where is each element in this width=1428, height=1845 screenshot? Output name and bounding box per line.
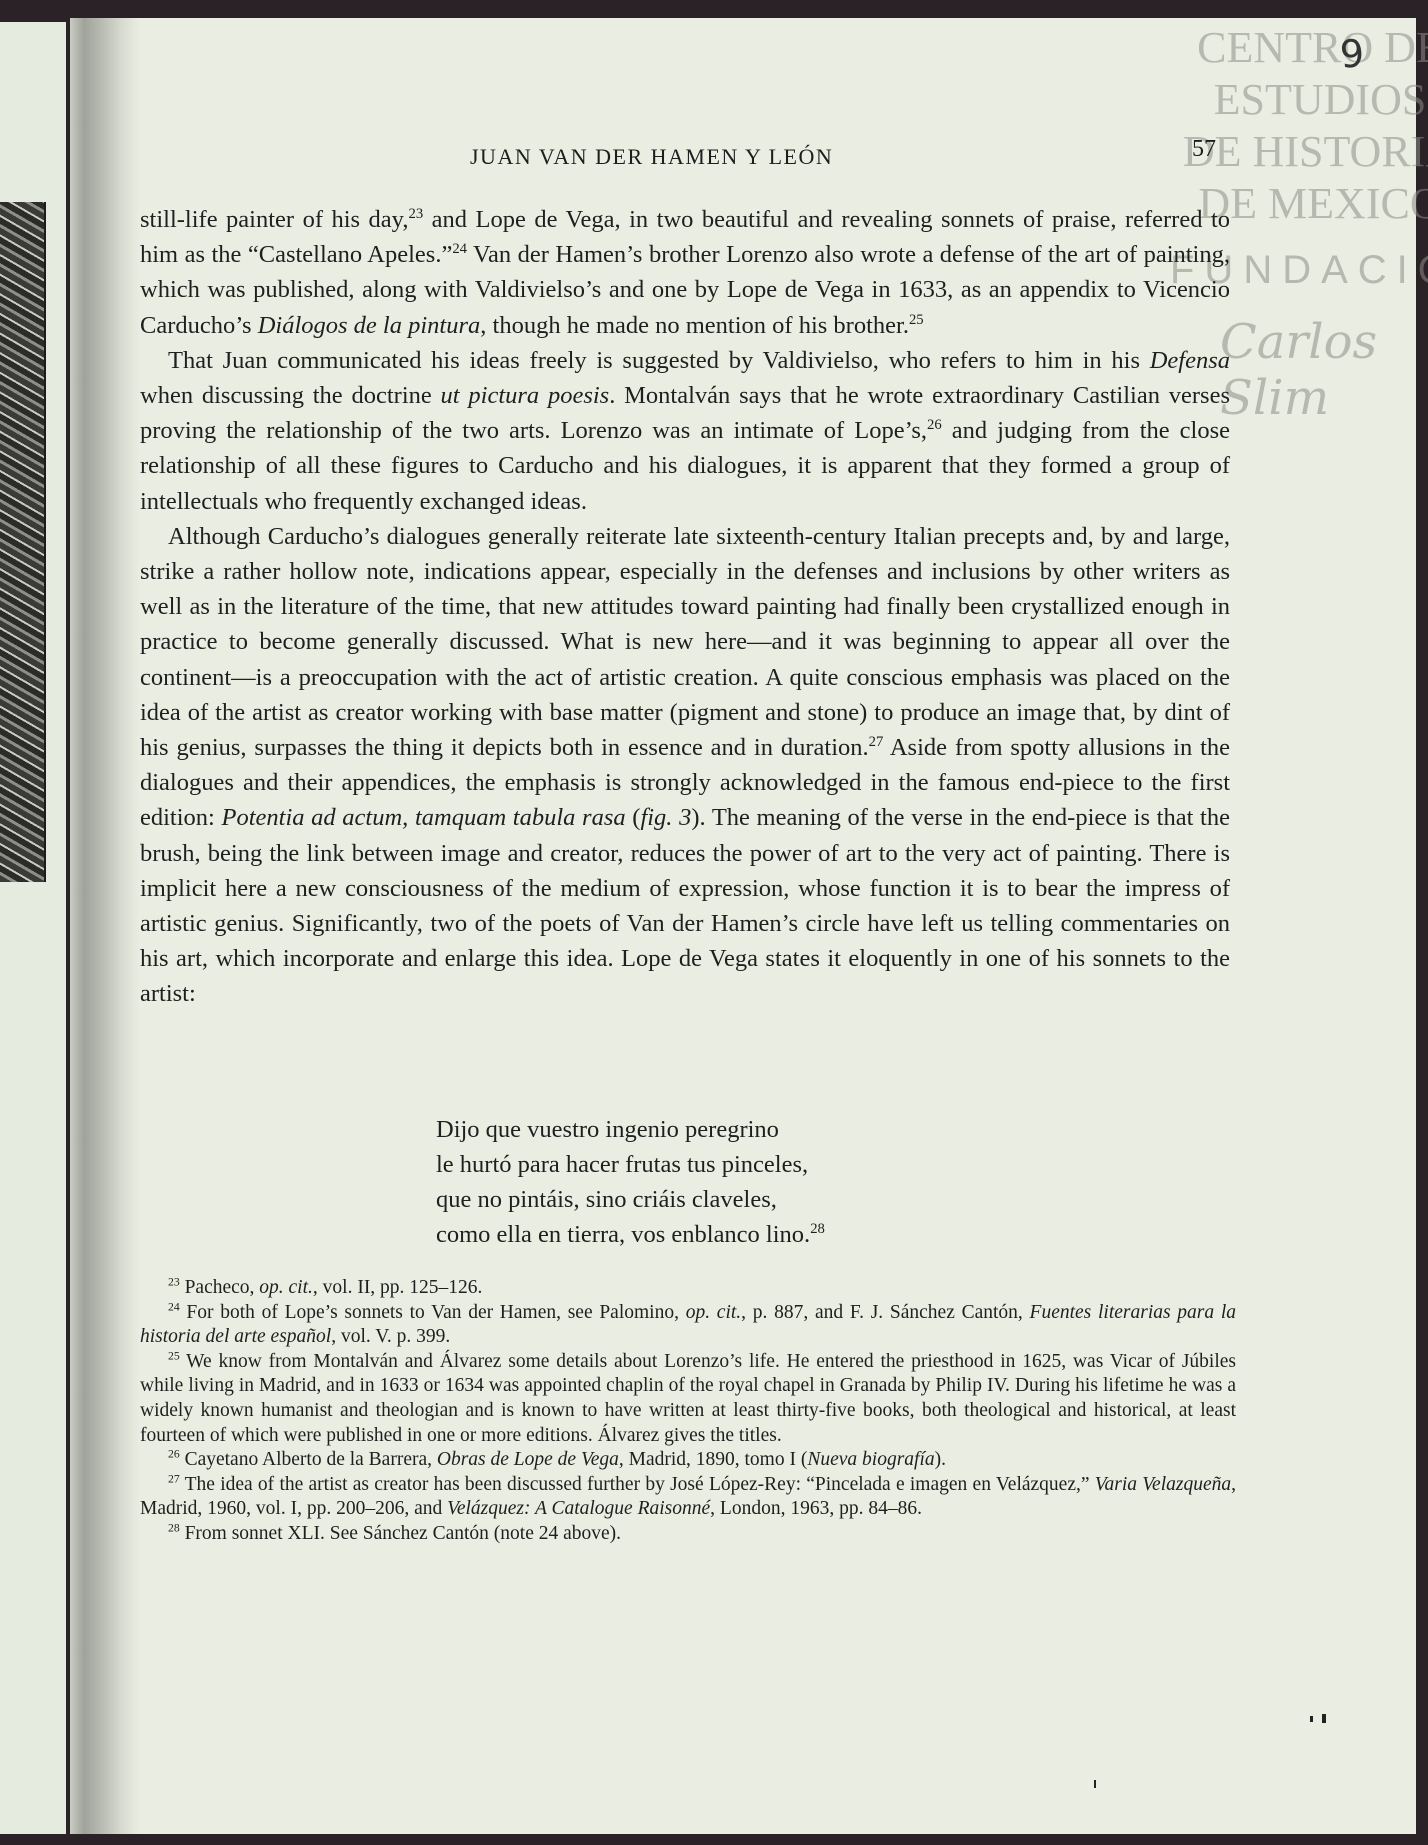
body-text: still-life painter of his day,23 and Lop… [140,202,1230,1012]
footnote-26: 26 Cayetano Alberto de la Barrera, Obras… [140,1448,1236,1473]
scan-speck [1322,1714,1326,1723]
footnotes: 23 Pacheco, op. cit., vol. II, pp. 125–1… [140,1276,1236,1547]
paragraph-2: That Juan communicated his ideas freely … [140,343,1230,519]
verse-line: que no pintáis, sino criáis claveles, [436,1182,825,1217]
footnote-ref[interactable]: 25 [909,311,924,327]
running-title: JUAN VAN DER HAMEN Y LEÓN [470,144,833,170]
verse-quotation: Dijo que vuestro ingenio peregrino le hu… [436,1112,825,1252]
watermark-line: CENTRO DE [1150,22,1428,74]
handwritten-page-mark: 9 [1338,31,1365,77]
verse-line: Dijo que vuestro ingenio peregrino [436,1112,825,1147]
footnote-23: 23 Pacheco, op. cit., vol. II, pp. 125–1… [140,1276,1236,1301]
scan-speck [1094,1780,1096,1788]
scan-speck [1310,1716,1313,1722]
footnote-ref[interactable]: 26 [927,417,942,433]
footnote-28: 28 From sonnet XLI. See Sánchez Cantón (… [140,1522,1236,1547]
paragraph-1: still-life painter of his day,23 and Lop… [140,202,1230,343]
watermark-centro: CENTRO DE ESTUDIOS DE HISTORIA DE MEXICO [1150,22,1428,230]
page-number: 57 [1192,136,1216,163]
paragraph-3: Although Carducho’s dialogues generally … [140,519,1230,1012]
footnote-ref[interactable]: 28 [810,1221,825,1237]
page-gutter-shadow [70,18,140,1834]
footnote-ref[interactable]: 23 [408,206,423,222]
verse-line: le hurtó para hacer frutas tus pinceles, [436,1147,825,1182]
watermark-signature: Carlos Slim [1220,314,1416,426]
verse-line: como ella en tierra, vos enblanco lino.2… [436,1217,825,1252]
footnote-24: 24 For both of Lope’s sonnets to Van der… [140,1301,1236,1350]
facing-page-photo-fragment [0,202,46,882]
watermark-line: ESTUDIOS [1150,74,1428,126]
footnote-ref[interactable]: 27 [869,734,884,750]
footnote-ref[interactable]: 24 [452,241,467,257]
footnote-25: 25 We know from Montalván and Álvarez so… [140,1350,1236,1448]
facing-page-edge [0,22,66,1834]
footnote-27: 27 The idea of the artist as creator has… [140,1473,1236,1522]
